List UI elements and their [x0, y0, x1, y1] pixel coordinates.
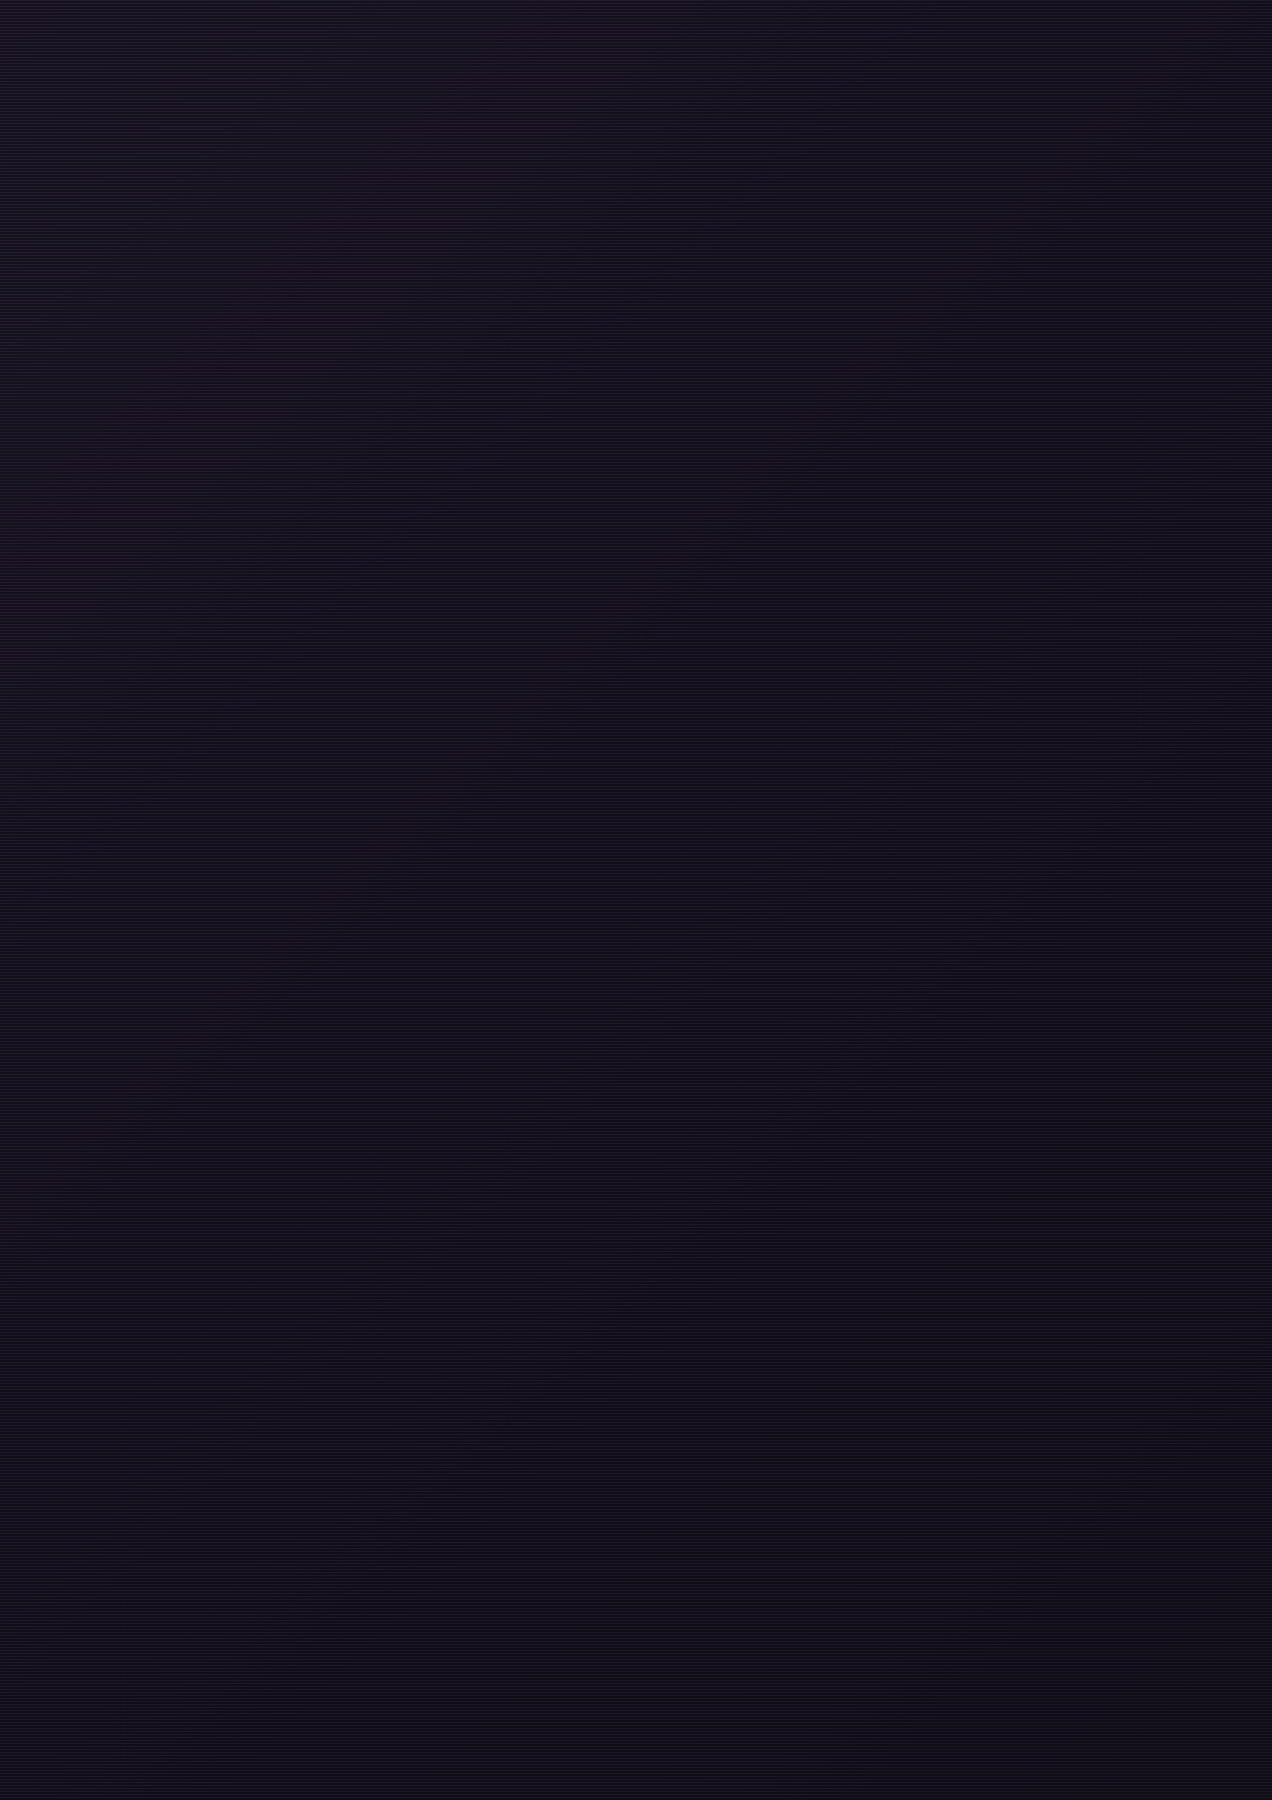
parchment-page: [0, 0, 1272, 1800]
